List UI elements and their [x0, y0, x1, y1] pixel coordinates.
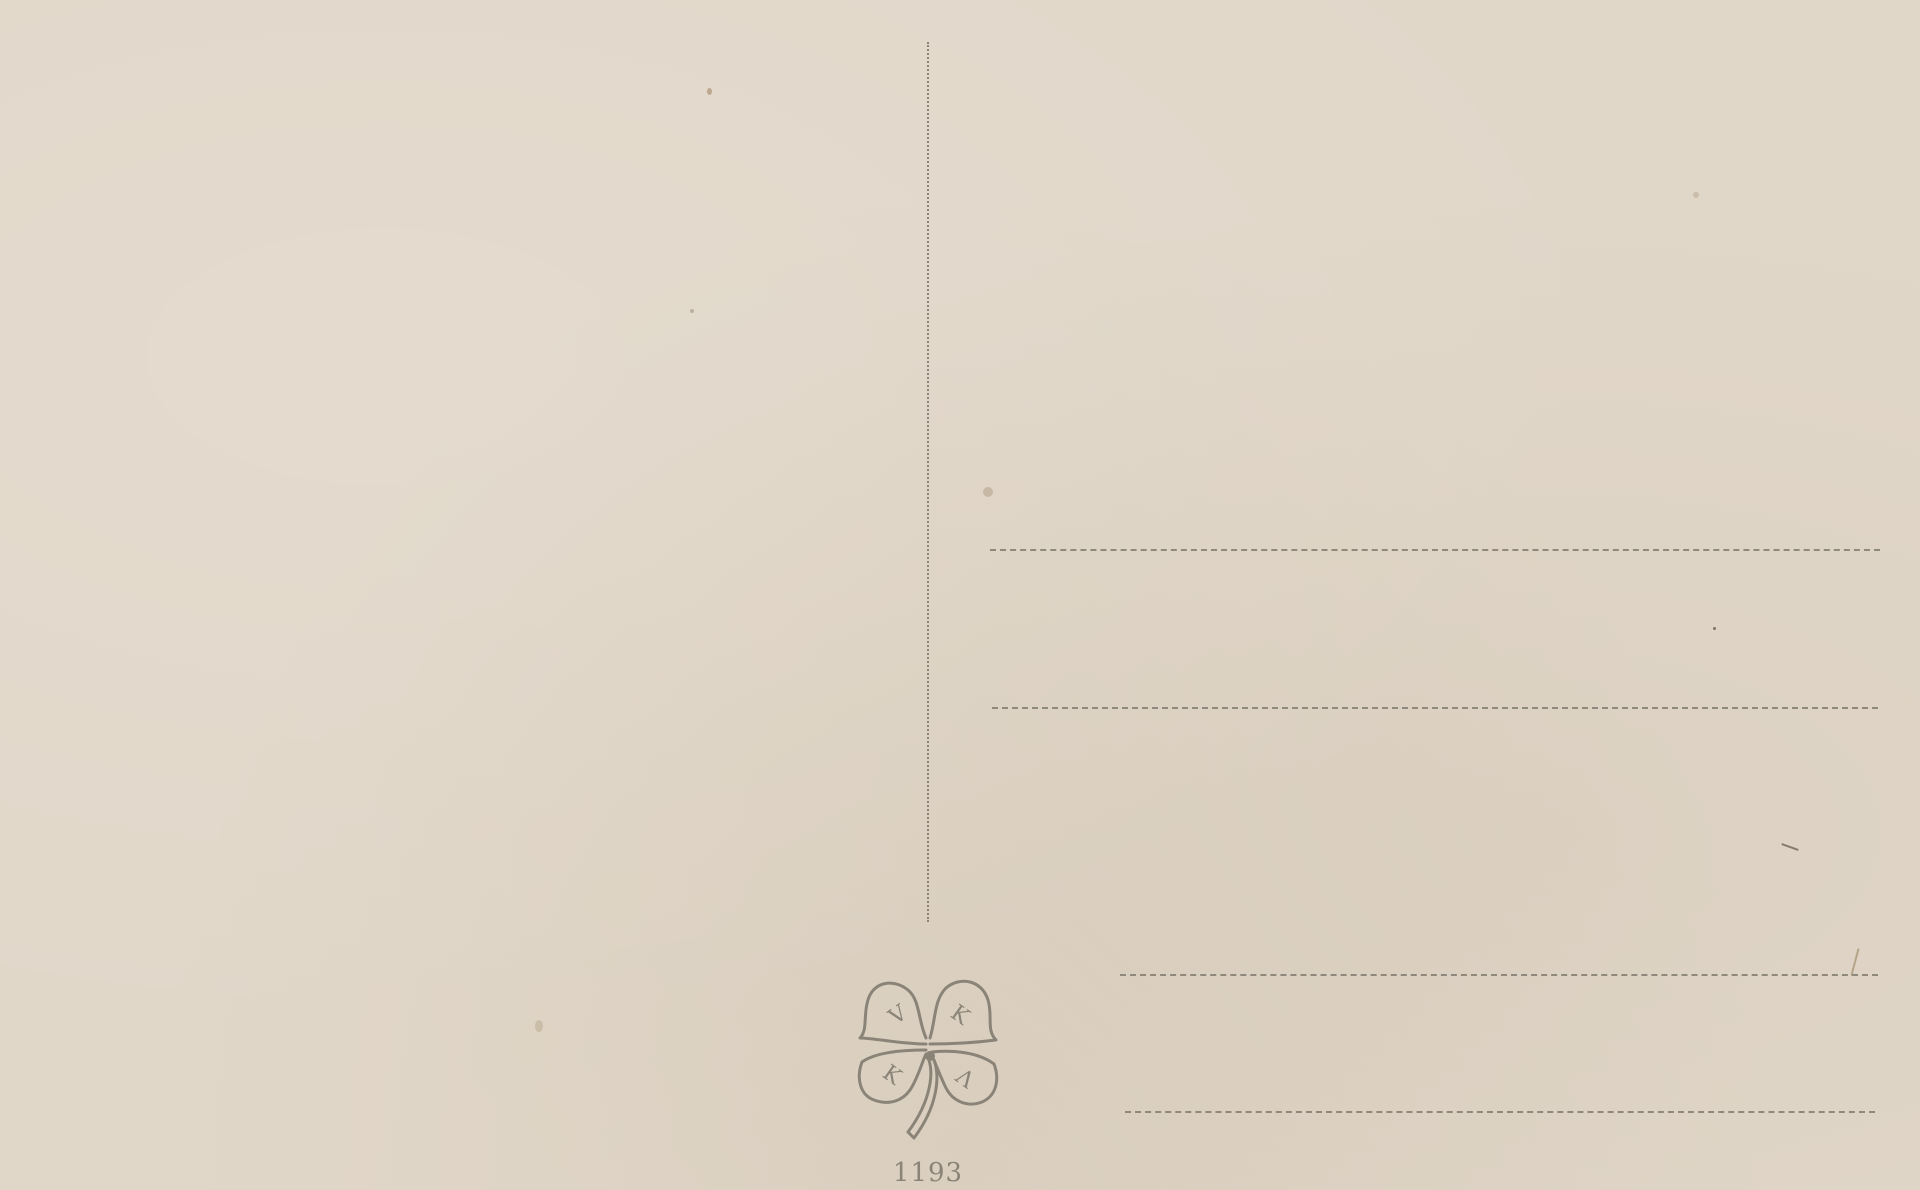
paper-speck [1693, 192, 1699, 198]
address-line-2 [992, 707, 1878, 709]
paper-speck [983, 487, 993, 497]
paper-speck [707, 88, 712, 95]
svg-text:V: V [884, 1000, 913, 1031]
paper-speck [535, 1020, 543, 1032]
svg-text:K: K [878, 1060, 906, 1090]
vertical-dotted-divider [927, 42, 929, 922]
postcard-back: V K K V 1193 [0, 0, 1920, 1190]
paper-speck [1713, 627, 1716, 630]
address-line-1 [990, 549, 1880, 551]
address-line-3 [1120, 974, 1878, 976]
paper-speck [690, 309, 694, 313]
svg-text:K: K [946, 1000, 974, 1030]
card-number: 1193 [878, 1158, 978, 1188]
svg-text:V: V [952, 1061, 981, 1092]
address-line-4 [1125, 1111, 1875, 1113]
paper-speck [1781, 843, 1799, 851]
paper-speck [1850, 948, 1859, 976]
four-leaf-clover-icon: V K K V [848, 960, 1008, 1150]
